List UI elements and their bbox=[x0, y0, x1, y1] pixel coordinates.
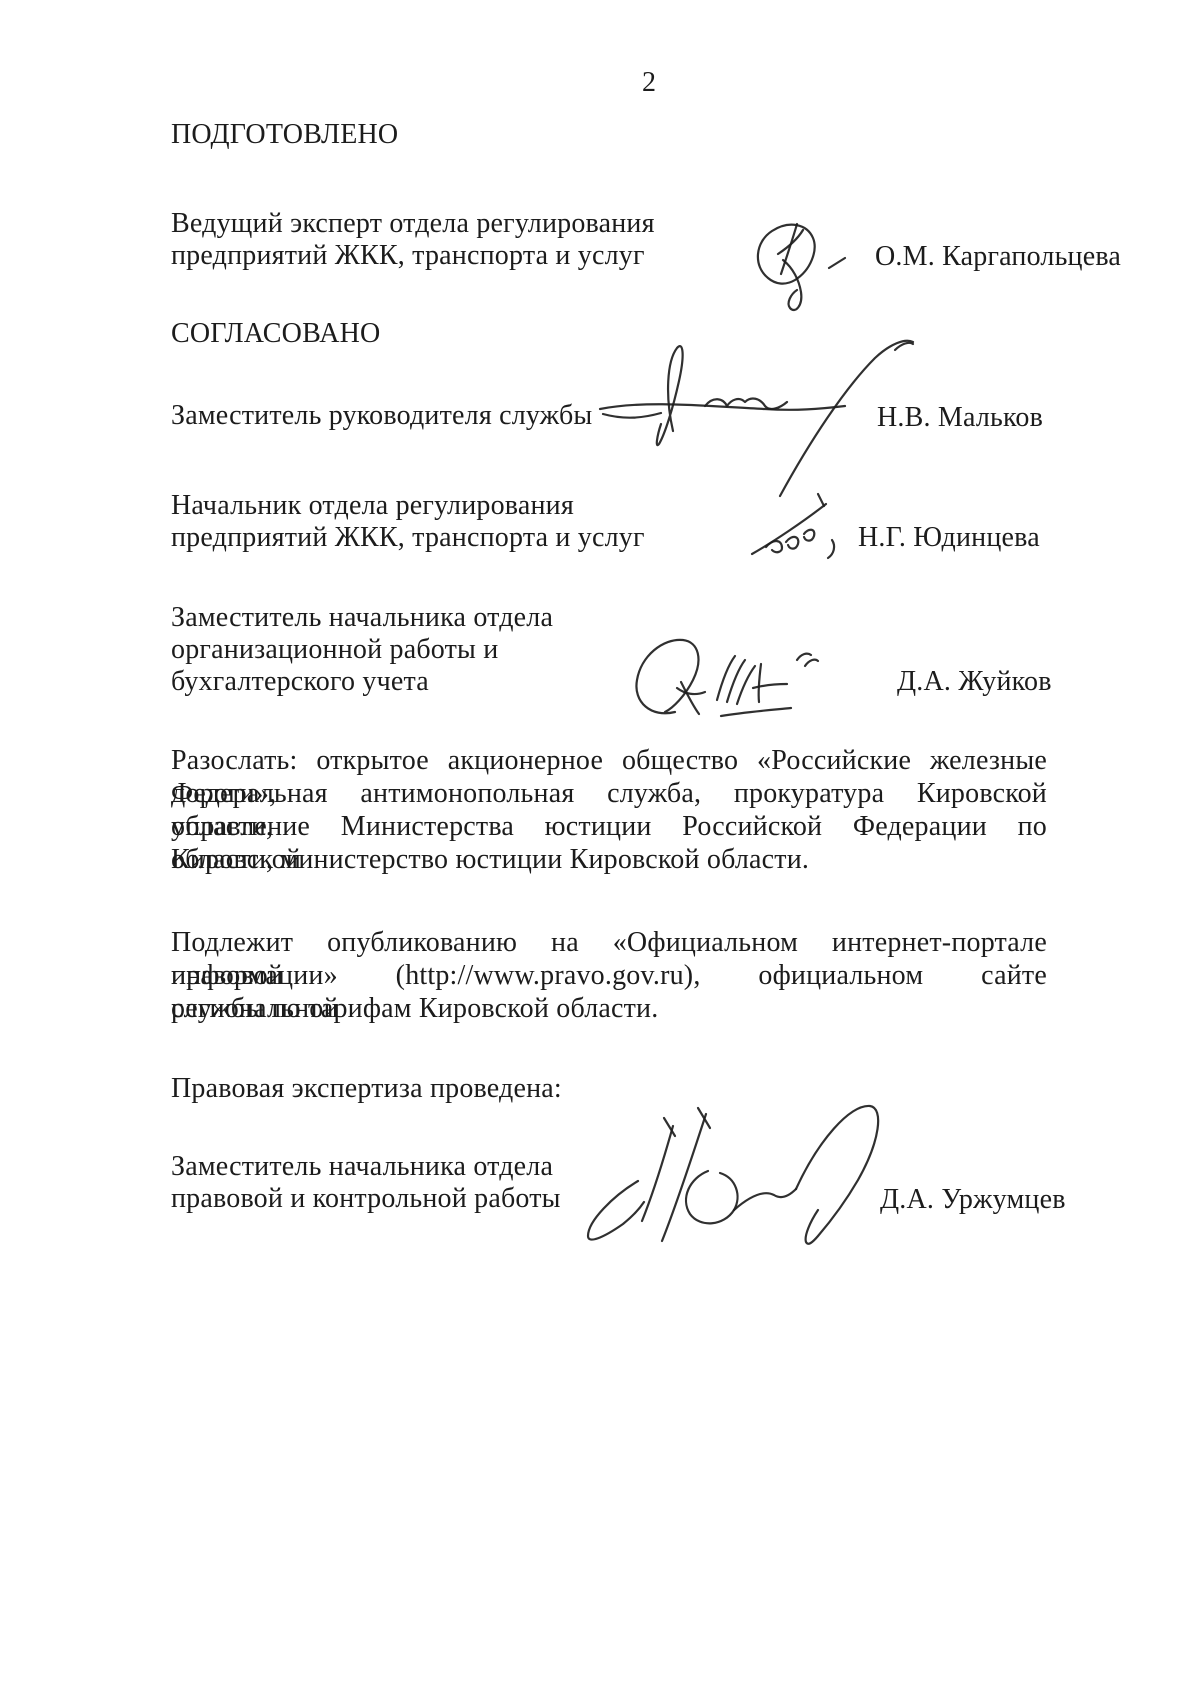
signatory-title-line: Начальник отдела регулирования bbox=[171, 489, 574, 522]
signatory-title-line: предприятий ЖКК, транспорта и услуг bbox=[171, 239, 645, 272]
legal-review-heading: Правовая экспертиза проведена: bbox=[171, 1072, 562, 1105]
page-number: 2 bbox=[642, 66, 656, 99]
signatory-title-line: правовой и контрольной работы bbox=[171, 1182, 561, 1215]
signatory-name: О.М. Каргапольцева bbox=[875, 240, 1121, 273]
signatory-title-line: Заместитель начальника отдела bbox=[171, 601, 553, 634]
signatory-title-line: предприятий ЖКК, транспорта и услуг bbox=[171, 521, 645, 554]
signatory-title-line: Заместитель руководителя службы bbox=[171, 399, 592, 432]
kargapoltseva-signature bbox=[745, 216, 855, 316]
yudintseva-signature bbox=[748, 492, 853, 562]
document-page: 2 ПОДГОТОВЛЕНО Ведущий эксперт отдела ре… bbox=[0, 0, 1200, 1697]
agreed-heading: СОГЛАСОВАНО bbox=[171, 317, 380, 350]
publication-paragraph-line: службы по тарифам Кировской области. bbox=[171, 992, 1047, 1025]
signatory-title-line: Ведущий эксперт отдела регулирования bbox=[171, 207, 655, 240]
signatory-title-line: бухгалтерского учета bbox=[171, 665, 429, 698]
dispatch-paragraph-line: области, министерство юстиции Кировской … bbox=[171, 843, 1047, 876]
signatory-title-line: организационной работы и bbox=[171, 633, 498, 666]
urzhumtsev-signature bbox=[578, 1096, 938, 1251]
prepared-heading: ПОДГОТОВЛЕНО bbox=[171, 118, 398, 151]
signatory-name: Д.А. Жуйков bbox=[897, 665, 1052, 698]
signatory-name: Н.Г. Юдинцева bbox=[858, 521, 1040, 554]
malkov-signature bbox=[595, 336, 915, 501]
signatory-title-line: Заместитель начальника отдела bbox=[171, 1150, 553, 1183]
zhuykov-signature bbox=[625, 630, 825, 720]
